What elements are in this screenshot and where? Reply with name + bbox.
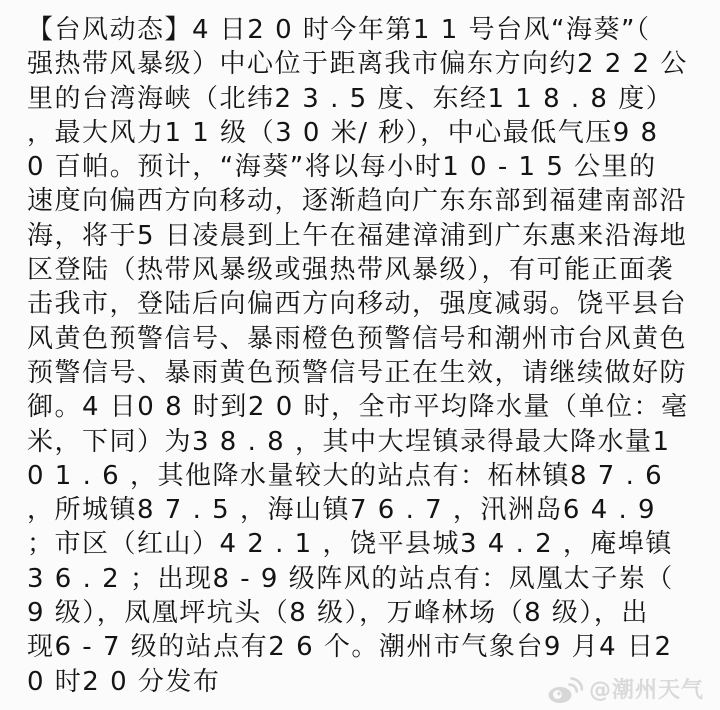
bulletin-line: 0 百帕。预计，“海葵”将以每小时1 0 - 1 5 公里的 bbox=[27, 150, 702, 184]
weibo-logo-icon bbox=[547, 674, 583, 704]
bulletin-line: 击我市，登陆后向偏西方向移动，强度减弱。饶平县台 bbox=[27, 287, 702, 321]
bulletin-line: 速度向偏西方向移动，逐渐趋向广东东部到福建南部沿 bbox=[27, 184, 702, 218]
bulletin-line: 3 6 . 2 ；出现8 - 9 级阵风的站点有：凤凰太子岽（ bbox=[27, 562, 702, 596]
bulletin-line: 御。4 日0 8 时到2 0 时，全市平均降水量（单位：毫 bbox=[27, 390, 702, 424]
bulletin-line: 现6 - 7 级的站点有2 6 个。潮州市气象台9 月4 日2 bbox=[27, 630, 702, 664]
bulletin-line: 9 级），凤凰坪坑头（8 级），万峰林场（8 级），出 bbox=[27, 596, 702, 630]
bulletin-line: 强热带风暴级）中心位于距离我市偏东方向约2 2 2 公 bbox=[27, 47, 702, 81]
bulletin-line: 【台风动态】4 日2 0 时今年第1 1 号台风“海葵”（ bbox=[27, 13, 702, 47]
bulletin-line: 区登陆（热带风暴级或强热带风暴级），有可能正面袭 bbox=[27, 253, 702, 287]
bulletin-line: 预警信号、暴雨黄色预警信号正在生效，请继续做好防 bbox=[27, 356, 702, 390]
bulletin-line: 海，将于5 日凌晨到上午在福建漳浦到广东惠来沿海地 bbox=[27, 219, 702, 253]
weibo-watermark: @潮州天气 bbox=[547, 673, 704, 704]
watermark-handle: @潮州天气 bbox=[589, 673, 704, 704]
bulletin-line: 0 1 . 6 ，其他降水量较大的站点有：柘林镇8 7 . 6 bbox=[27, 459, 702, 493]
bulletin-line: ，最大风力1 1 级（3 0 米/ 秒），中心最低气压9 8 bbox=[27, 116, 702, 150]
bulletin-line: 风黄色预警信号、暴雨橙色预警信号和潮州市台风黄色 bbox=[27, 322, 702, 356]
bulletin-line: 米，下同）为3 8 . 8 ，其中大埕镇录得最大降水量1 bbox=[27, 425, 702, 459]
bulletin-line: ；市区（红山）4 2 . 1 ，饶平县城3 4 . 2 ，庵埠镇 bbox=[27, 527, 702, 561]
typhoon-bulletin-text: 【台风动态】4 日2 0 时今年第1 1 号台风“海葵”（ 强热带风暴级）中心位… bbox=[0, 0, 720, 710]
bulletin-line: 里的台湾海峡（北纬2 3 . 5 度、东经1 1 8 . 8 度） bbox=[27, 82, 702, 116]
bulletin-line: ，所城镇8 7 . 5 ，海山镇7 6 . 7 ，汛洲岛6 4 . 9 bbox=[27, 493, 702, 527]
